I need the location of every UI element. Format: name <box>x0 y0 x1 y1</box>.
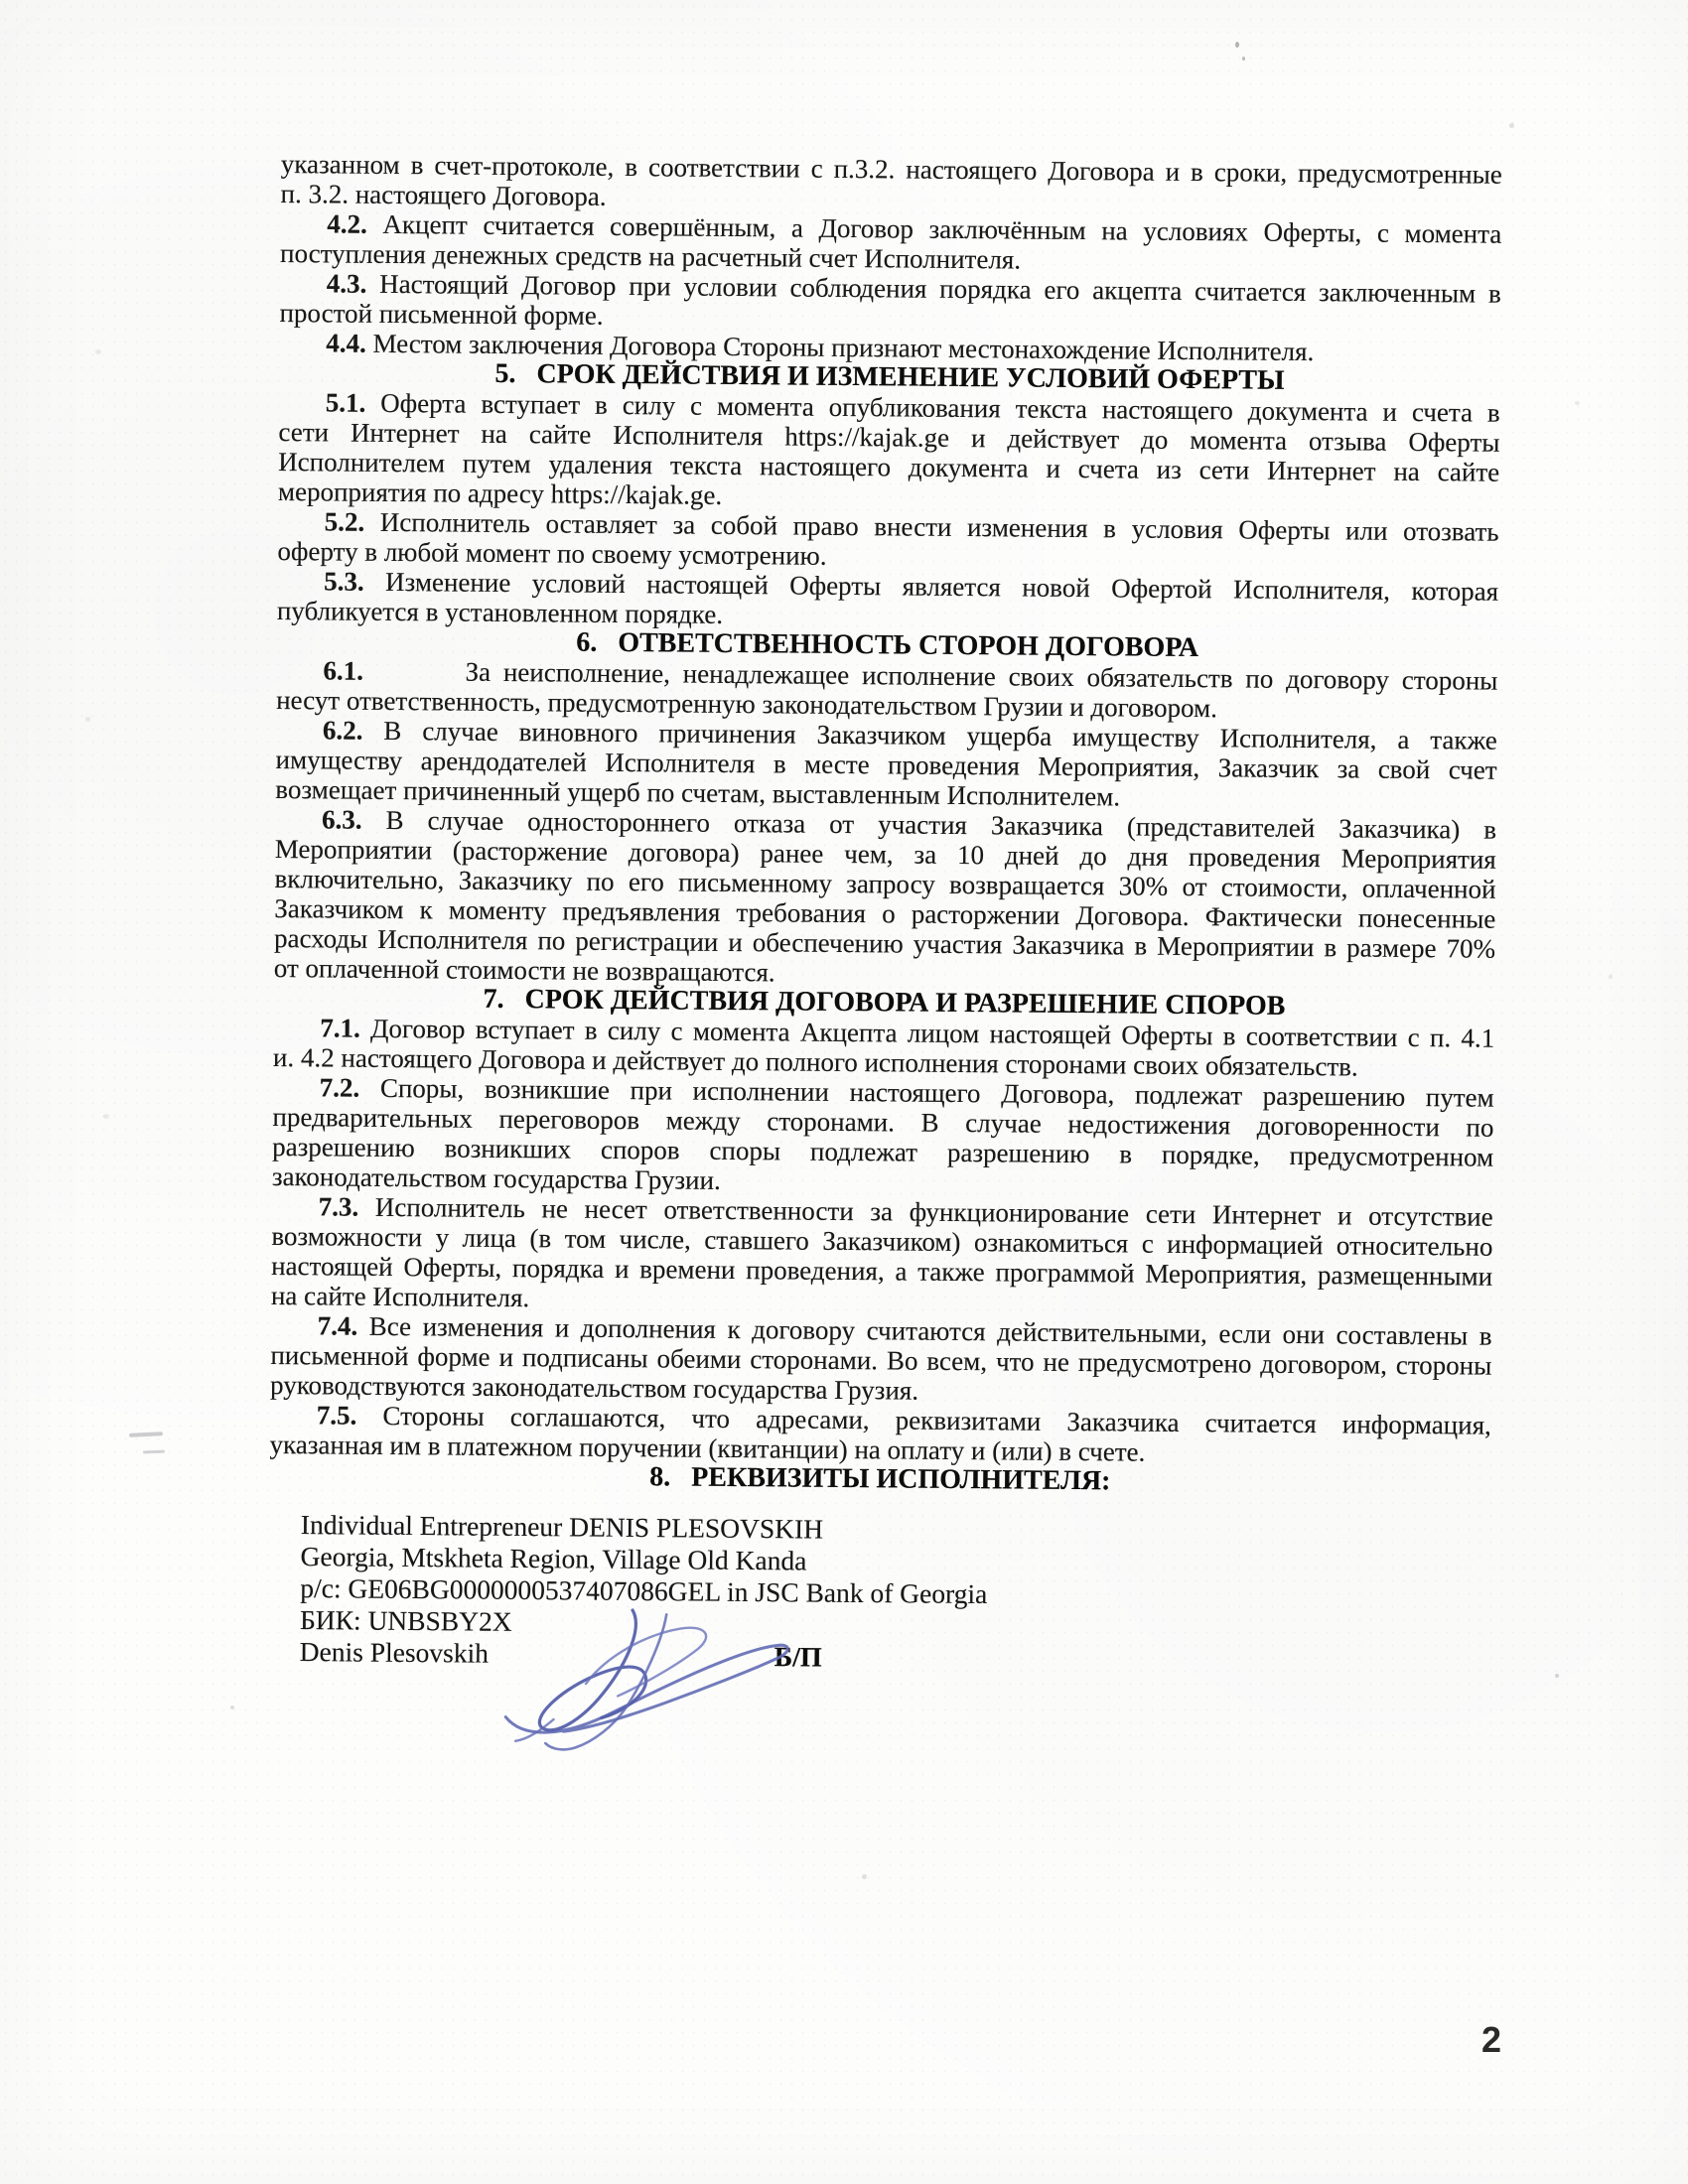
text-block: указанном в счет-протоколе, в соответств… <box>269 149 1502 1500</box>
paragraph: 5.2. Исполнитель оставляет за собой прав… <box>277 506 1498 577</box>
scan-speck <box>1575 401 1580 405</box>
page-number: 2 <box>1481 2019 1501 2061</box>
scan-speck <box>95 349 101 354</box>
paragraph: 5.3. Изменение условий настоящей Оферты … <box>277 566 1498 636</box>
paragraph: 6.1. За неисполнение, ненадлежащее испол… <box>276 655 1497 726</box>
paragraph: 4.2. Акцепт считается совершённым, а Дог… <box>280 208 1501 279</box>
scan-speck <box>85 717 90 722</box>
scan-speck <box>1609 975 1613 979</box>
paragraph: 6.2. В случае виновного причинения Заказ… <box>275 715 1497 815</box>
scan-speck <box>230 1706 234 1709</box>
paragraph: 7.2. Споры, возникшие при исполнении нас… <box>272 1072 1494 1202</box>
clause-number: 6.1. <box>323 655 363 685</box>
scan-speck <box>862 1874 867 1879</box>
scan-speck <box>103 1114 109 1119</box>
clause-number: 4.2. <box>327 208 367 238</box>
clause-number: 4.3. <box>327 268 367 298</box>
clause-number: 5.1. <box>326 387 366 417</box>
clause-number: 7.2. <box>320 1072 360 1102</box>
scan-speck <box>1235 42 1239 48</box>
signature-scrawl <box>493 1598 794 1758</box>
scan-speck <box>143 1450 165 1454</box>
clause-number: 7.3. <box>319 1191 359 1221</box>
paragraph: 7.5. Стороны соглашаются, что адресами, … <box>269 1400 1490 1470</box>
paragraph: 7.4. Все изменения и дополнения к догово… <box>270 1310 1492 1411</box>
scan-speck <box>1242 57 1245 61</box>
paragraph: 7.1. Договор вступает в силу с момента А… <box>273 1013 1494 1083</box>
clause-number: 6.2. <box>323 715 363 745</box>
paragraph: 6.3. В случае одностороннего отказа от у… <box>274 804 1497 994</box>
paragraph: 7.3. Исполнитель не несет ответственност… <box>271 1191 1493 1321</box>
clause-number: 4.4. <box>326 328 366 357</box>
scan-speck <box>1555 1674 1559 1678</box>
clause-number: 7.4. <box>318 1310 358 1340</box>
clause-number: 7.5. <box>317 1400 357 1430</box>
clause-number: 5.2. <box>325 506 365 536</box>
paragraph: 5.1. Оферта вступает в силу с момента оп… <box>278 387 1500 517</box>
scan-speck <box>1509 123 1514 128</box>
paragraph: 4.3. Настоящий Договор при условии соблю… <box>279 268 1500 339</box>
paragraph: указанном в счет-протоколе, в соответств… <box>280 149 1501 219</box>
requisites-block: Individual Entrepreneur DENIS PLESOVSKIH… <box>300 1509 1274 1677</box>
clause-number: 6.3. <box>322 804 362 834</box>
clause-number: 7.1. <box>320 1013 360 1042</box>
document-page: указанном в счет-протоколе, в соответств… <box>0 0 1688 2184</box>
scan-speck <box>129 1432 163 1437</box>
clause-number: 5.3. <box>324 566 364 596</box>
signatory-name: Denis Plesovskih <box>300 1636 489 1669</box>
